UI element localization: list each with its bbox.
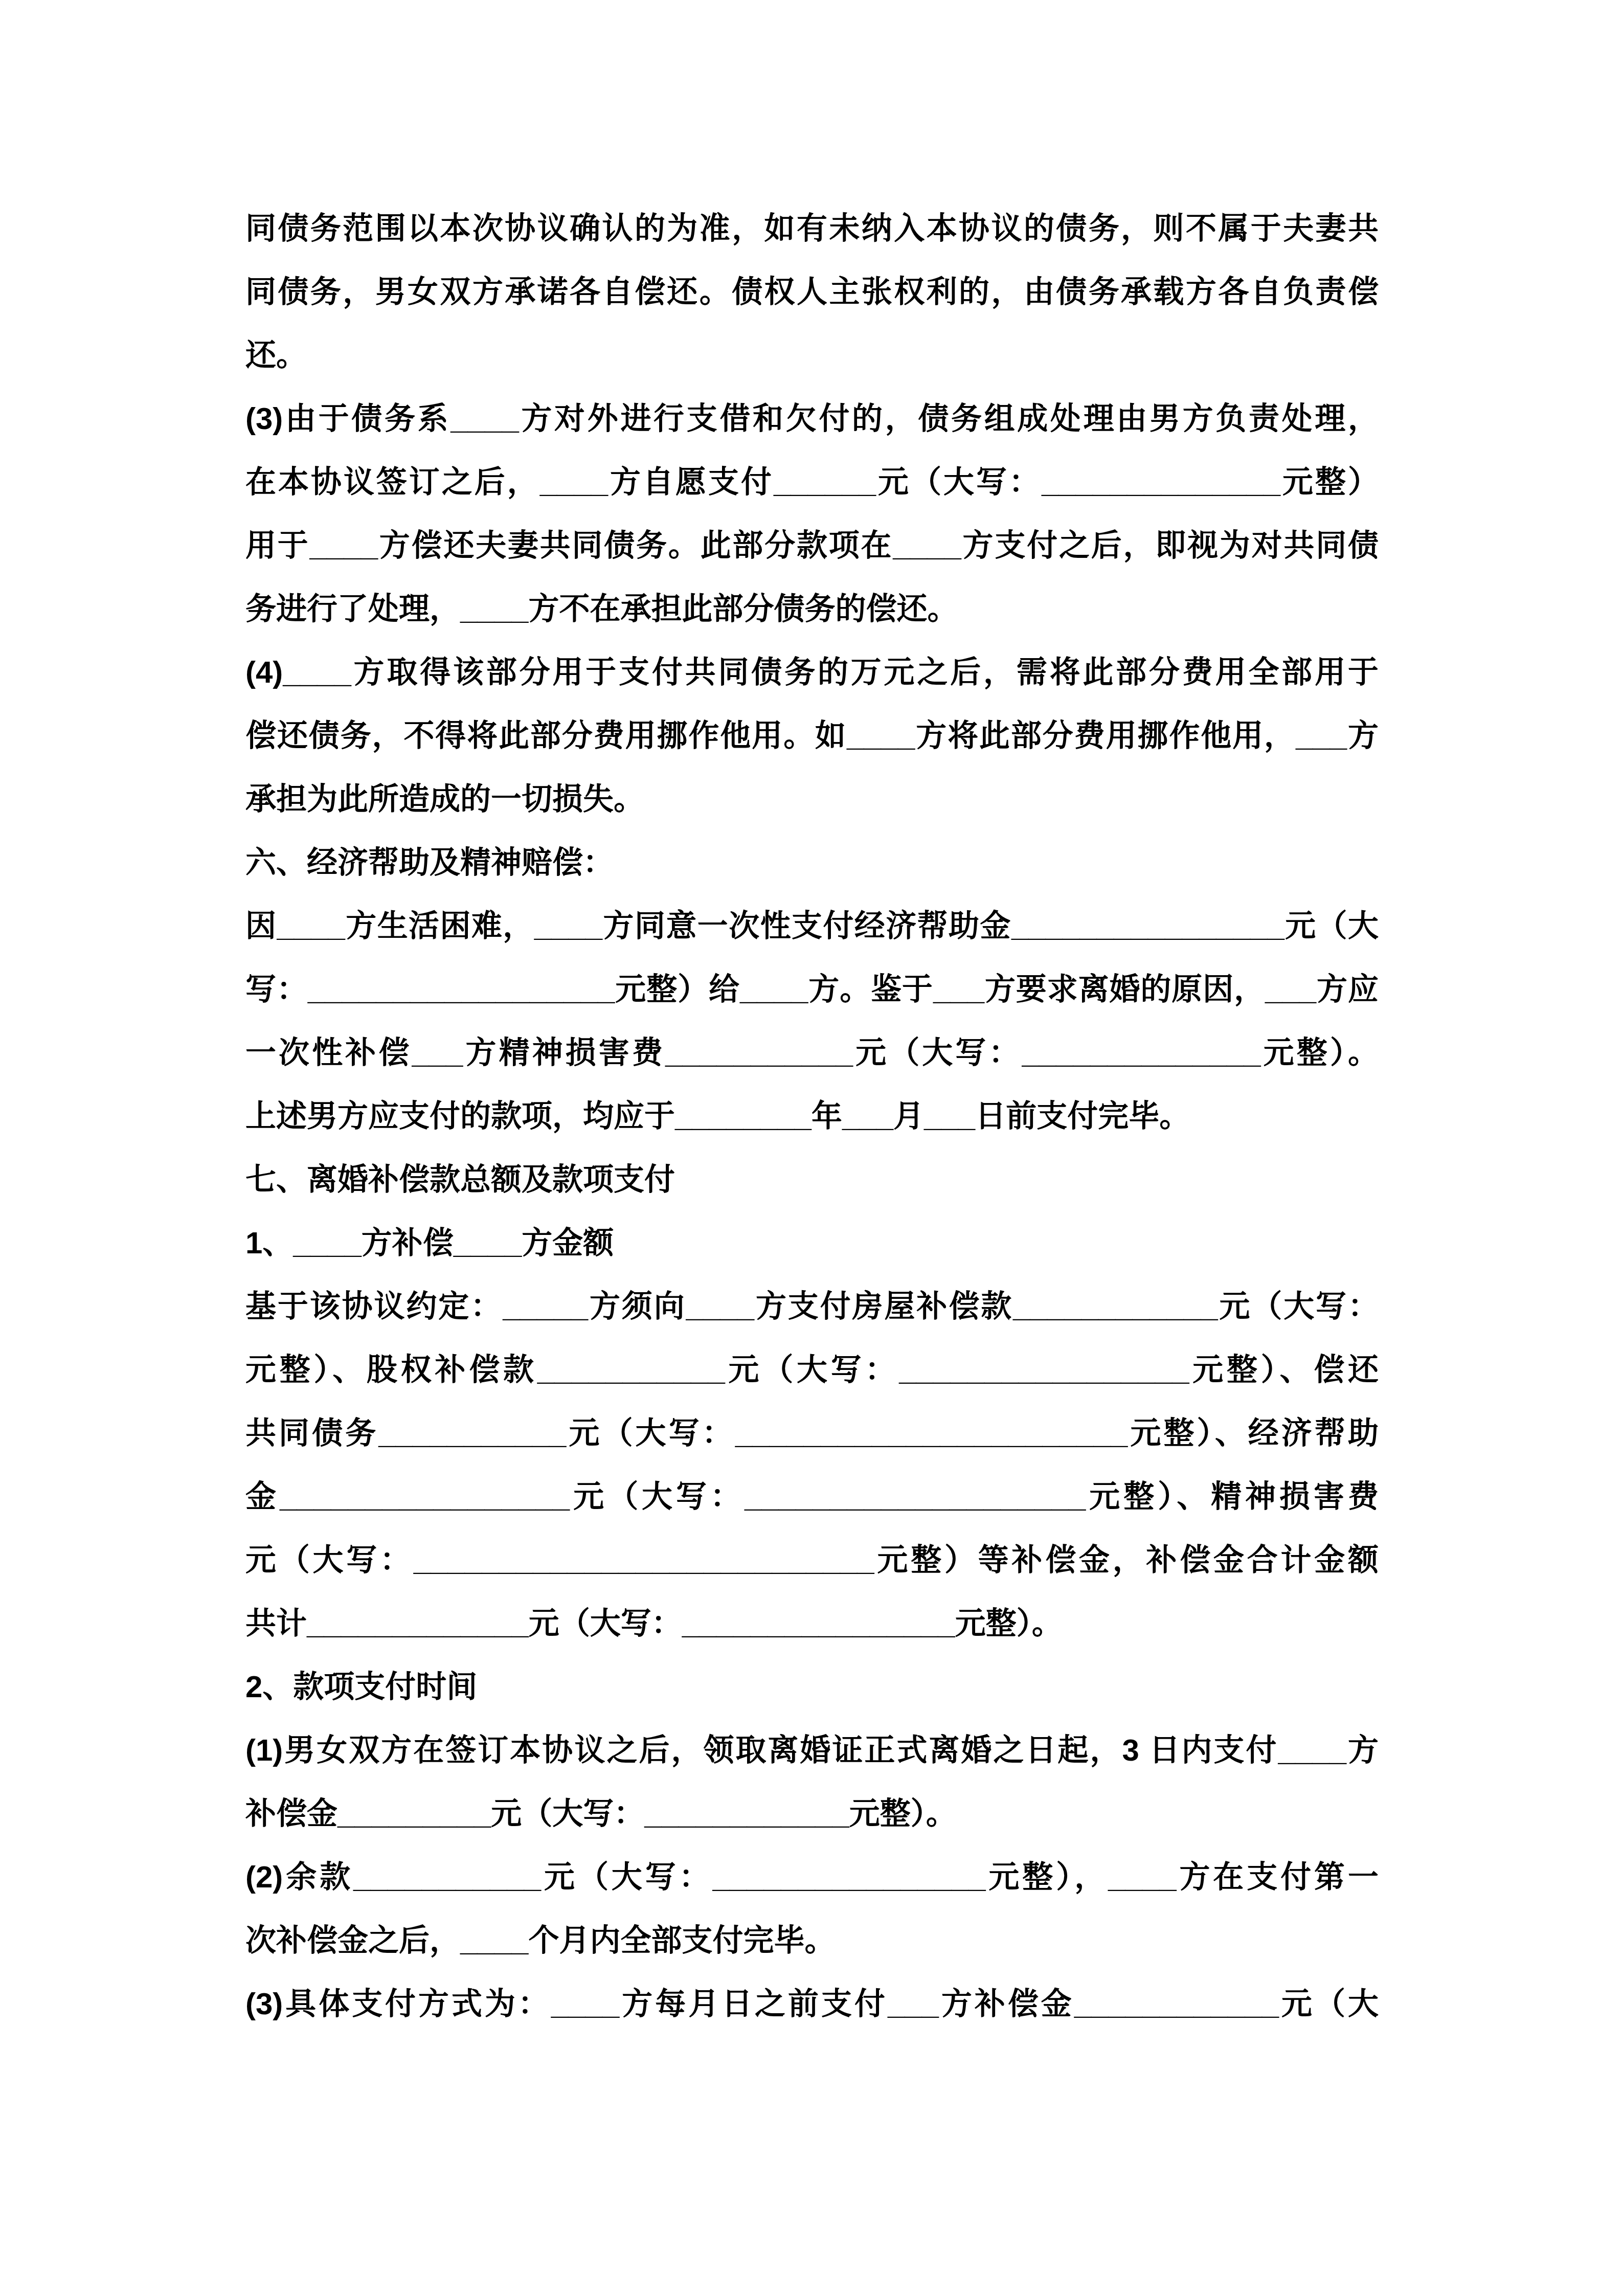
document-line: 务进行了处理，____方不在承担此部分债务的偿还。 [245,577,1379,641]
document-line: (2)余款___________元（大写：________________元整）… [245,1845,1379,1909]
document-line: 在本协议签订之后，____方自愿支付______元（大写：___________… [245,451,1379,514]
document-line: (3)由于债务系____方对外进行支借和欠付的，债务组成处理由男方负责处理， [245,387,1379,451]
document-line: 共同债务___________元（大写：____________________… [245,1402,1379,1465]
document-line: 承担为此所造成的一切损失。 [245,768,1379,831]
document-line: (4)____方取得该部分用于支付共同债务的万元之后，需将此部分费用全部用于 [245,641,1379,704]
document-page: 同债务范围以本次协议确认的为准，如有未纳入本协议的债务，则不属于夫妻共 同债务，… [0,0,1623,2296]
document-line: 同债务，男女双方承诺各自偿还。债权人主张权利的，由债务承载方各自负责偿 [245,260,1379,324]
document-line: 1、____方补偿____方金额 [245,1211,1379,1275]
document-line: 写：__________________元整）给____方。鉴于___方要求离婚… [245,958,1379,1021]
document-line: (1)男女双方在签订本协议之后，领取离婚证正式离婚之日起，3 日内支付____方 [245,1719,1379,1782]
document-line: 偿还债务，不得将此部分费用挪作他用。如____方将此部分费用挪作他用，___方 [245,704,1379,768]
document-line: 次补偿金之后，____个月内全部支付完毕。 [245,1909,1379,1972]
document-line: 补偿金_________元（大写：____________元整）。 [245,1782,1379,1845]
document-line: 共计_____________元（大写：________________元整）。 [245,1592,1379,1655]
document-line: 上述男方应支付的款项，均应于________年___月___日前支付完毕。 [245,1085,1379,1148]
document-section-heading: 七、离婚补偿款总额及款项支付 [245,1148,1379,1211]
document-line: 元（大写：___________________________元整）等补偿金，… [245,1528,1379,1592]
document-section-heading: 六、经济帮助及精神赔偿： [245,831,1379,894]
document-line: (3)具体支付方式为：____方每月日之前支付___方补偿金__________… [245,1972,1379,2036]
document-line: 同债务范围以本次协议确认的为准，如有未纳入本协议的债务，则不属于夫妻共 [245,197,1379,260]
document-subsection-heading: 2、款项支付时间 [245,1655,1379,1719]
document-line: 用于____方偿还夫妻共同债务。此部分款项在____方支付之后，即视为对共同债 [245,514,1379,577]
document-line: 基于该协议约定：_____方须向____方支付房屋补偿款____________… [245,1275,1379,1338]
document-line: 还。 [245,324,1379,387]
document-line: 元整）、股权补偿款___________元（大写：_______________… [245,1338,1379,1402]
document-line: 一次性补偿___方精神损害费___________元（大写：__________… [245,1021,1379,1085]
document-line: 金_________________元（大写：_________________… [245,1465,1379,1528]
document-line: 因____方生活困难，____方同意一次性支付经济帮助金____________… [245,894,1379,958]
